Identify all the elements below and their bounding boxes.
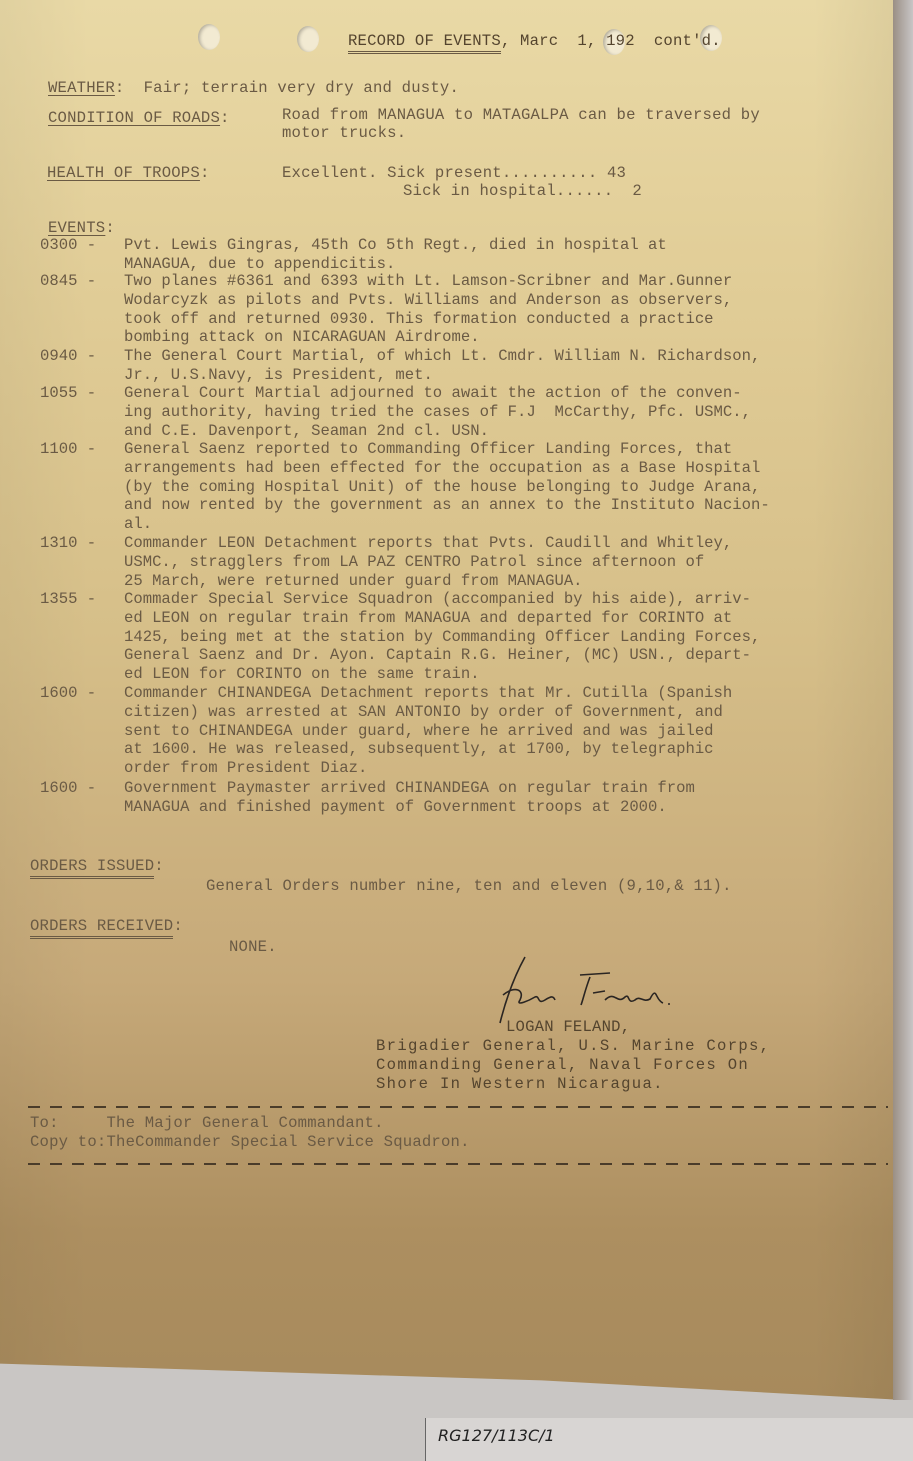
- sick-present-label: Sick present..........: [387, 164, 597, 182]
- event-text-line: and now rented by the government as an a…: [124, 496, 913, 515]
- document-date: , Marc 1, 192 cont'd.: [501, 32, 721, 50]
- event-text-line: General Saenz reported to Commanding Off…: [124, 440, 913, 459]
- event-text-line: at 1600. He was released, subsequently, …: [124, 740, 913, 759]
- orders-received-value: NONE.: [229, 938, 277, 957]
- event-text-line: (by the coming Hospital Unit) of the hou…: [124, 478, 913, 497]
- event-text-line: General Court Martial adjourned to await…: [124, 384, 913, 403]
- orders-issued-label-row: ORDERS ISSUED:: [30, 857, 164, 876]
- event-text-line: General Saenz and Dr. Ayon. Captain R.G.…: [124, 646, 913, 665]
- archive-label: RG127/113C/1: [425, 1418, 913, 1461]
- roads-value-1: Road from MANAGUA to MATAGALPA can be tr…: [282, 106, 760, 125]
- handwritten-signature: [485, 955, 685, 1025]
- health-label: HEALTH OF TROOPS: [47, 164, 200, 182]
- event-text-line: Pvt. Lewis Gingras, 45th Co 5th Regt., d…: [124, 236, 913, 255]
- event-text-line: ed LEON for CORINTO on the same train.: [124, 665, 913, 684]
- signatory-name: LOGAN FELAND,: [506, 1018, 630, 1037]
- event-time: 1355 -: [40, 590, 96, 609]
- event-text-line: The General Court Martial, of which Lt. …: [124, 347, 913, 366]
- event-text-line: and C.E. Davenport, Seaman 2nd cl. USN.: [124, 422, 913, 441]
- weather-section: WEATHER: Fair; terrain very dry and dust…: [48, 79, 459, 98]
- signatory-title-2: Commanding General, Naval Forces On: [376, 1056, 749, 1075]
- event-time: 0845 -: [40, 272, 96, 291]
- signatory-title-1: Brigadier General, U.S. Marine Corps,: [376, 1037, 770, 1056]
- event-text-line: Commader Special Service Squadron (accom…: [124, 590, 913, 609]
- event-text-line: arrangements had been effected for the o…: [124, 459, 913, 478]
- event-text-line: MANAGUA and finished payment of Governme…: [124, 798, 913, 817]
- orders-received-label-row: ORDERS RECEIVED:: [30, 917, 183, 936]
- orders-issued-value: General Orders number nine, ten and elev…: [206, 877, 732, 896]
- event-time: 1600 -: [40, 684, 96, 703]
- event-text-line: took off and returned 0930. This formati…: [124, 310, 913, 329]
- event-text-line: USMC., stragglers from LA PAZ CENTRO Pat…: [124, 553, 913, 572]
- archive-reference: RG127/113C/1: [438, 1426, 555, 1445]
- to-row: To: The Major General Commandant.: [30, 1114, 384, 1133]
- sick-hospital-count: 2: [632, 182, 642, 200]
- event-text-line: order from President Diaz.: [124, 759, 913, 778]
- weather-value: Fair; terrain very dry and dusty.: [144, 79, 459, 97]
- roads-value-2: motor trucks.: [282, 124, 406, 143]
- sick-hospital-label: Sick in hospital......: [403, 182, 613, 200]
- event-text-line: al.: [124, 515, 913, 534]
- event-time: 1310 -: [40, 534, 96, 553]
- event-text-line: Commander LEON Detachment reports that P…: [124, 534, 913, 553]
- event-text-line: Two planes #6361 and 6393 with Lt. Lamso…: [124, 272, 913, 291]
- orders-issued-label: ORDERS ISSUED: [30, 857, 154, 879]
- roads-label-row: CONDITION OF ROADS:: [48, 109, 230, 128]
- event-text-line: ing authority, having tried the cases of…: [124, 403, 913, 422]
- event-text-line: citizen) was arrested at SAN ANTONIO by …: [124, 703, 913, 722]
- health-status: Excellent. Sick present.......... 43: [282, 164, 626, 183]
- event-text-line: 1425, being met at the station by Comman…: [124, 628, 913, 647]
- sick-present-count: 43: [607, 164, 626, 182]
- event-text-line: MANAGUA, due to appendicitis.: [124, 255, 913, 274]
- event-time: 1100 -: [40, 440, 96, 459]
- sick-hospital-row: Sick in hospital...... 2: [403, 182, 642, 201]
- weather-label: WEATHER: [48, 79, 115, 97]
- roads-label: CONDITION OF ROADS: [48, 109, 220, 127]
- to-value: The Major General Commandant.: [106, 1114, 383, 1132]
- event-time: 0940 -: [40, 347, 96, 366]
- punch-hole: [297, 26, 319, 52]
- event-time: 1055 -: [40, 384, 96, 403]
- event-text-line: Wodarcyzk as pilots and Pvts. Williams a…: [124, 291, 913, 310]
- event-time: 1600 -: [40, 779, 96, 798]
- event-text-line: 25 March, were returned under guard from…: [124, 572, 913, 591]
- signatory-title-3: Shore In Western Nicaragua.: [376, 1075, 664, 1094]
- to-label: To:: [30, 1114, 59, 1132]
- health-label-row: HEALTH OF TROOPS:: [47, 164, 210, 183]
- document-page: RECORD OF EVENTS, Marc 1, 192 cont'd. WE…: [0, 0, 903, 1400]
- dashed-divider: [28, 1163, 888, 1165]
- event-text-line: bombing attack on NICARAGUAN Airdrome.: [124, 328, 913, 347]
- orders-received-label: ORDERS RECEIVED: [30, 917, 173, 939]
- copy-to-row: Copy to:TheCommander Special Service Squ…: [30, 1133, 470, 1152]
- copy-to-value: TheCommander Special Service Squadron.: [106, 1133, 469, 1151]
- event-text-line: Government Paymaster arrived CHINANDEGA …: [124, 779, 913, 798]
- event-text-line: ed LEON on regular train from MANAGUA an…: [124, 609, 913, 628]
- punch-hole: [198, 24, 220, 50]
- page-edge: [893, 0, 913, 1400]
- event-text-line: Commander CHINANDEGA Detachment reports …: [124, 684, 913, 703]
- dashed-divider: [28, 1106, 888, 1108]
- copy-to-label: Copy to:: [30, 1133, 106, 1151]
- event-text-line: sent to CHINANDEGA under guard, where he…: [124, 722, 913, 741]
- event-text-line: Jr., U.S.Navy, is President, met.: [124, 366, 913, 385]
- event-time: 0300 -: [40, 236, 96, 255]
- document-header: RECORD OF EVENTS, Marc 1, 192 cont'd.: [348, 32, 721, 51]
- document-title: RECORD OF EVENTS: [348, 32, 501, 54]
- events-label: EVENTS: [48, 219, 105, 237]
